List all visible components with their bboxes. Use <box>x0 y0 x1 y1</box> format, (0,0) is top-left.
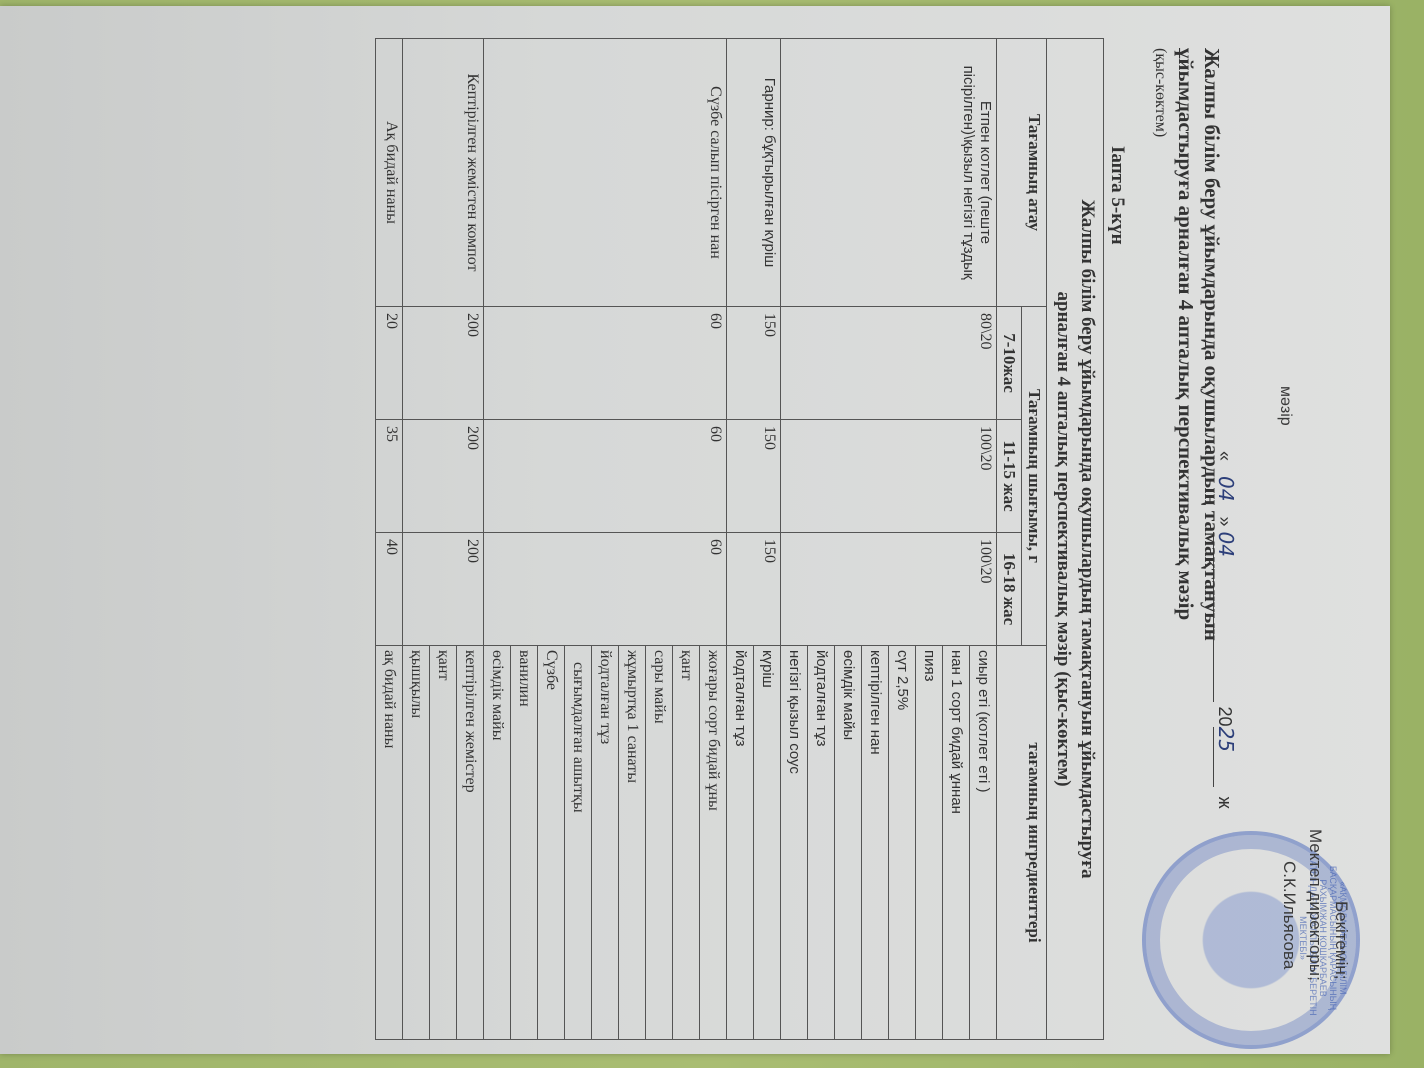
ingredient-item: сары майы <box>645 646 672 1039</box>
header-age-16-18: 16-18 жас <box>997 533 1022 646</box>
table-caption-line-2: арналған 4 апталық перспективалық мәзір … <box>1051 43 1075 1035</box>
portion-value: 200 <box>403 307 484 420</box>
ingredient-item: қышқылы <box>403 646 429 1039</box>
table-caption-line-1: Жалпы білім беру ұйымдарында оқушылардың… <box>1075 43 1099 1035</box>
dish-name: Гарнир: бұқтырылған күріш <box>727 39 781 307</box>
ingredient-item: пияз <box>915 646 942 1039</box>
heading-line-1: Жалпы білім беру ұйымдарында оқушылардың… <box>1199 48 1225 768</box>
ingredient-item: ванилин <box>510 646 537 1039</box>
ingredient-list: жоғары сорт бидай ұнықантсары майыжұмырт… <box>484 646 727 1040</box>
header-age-7-10: 7-10жас <box>997 307 1022 420</box>
table-row: Ақ бидай наны203540ақ бидай наны <box>376 39 403 1040</box>
portion-value: 200 <box>403 533 484 646</box>
ingredient-item: өсімдік майы <box>834 646 861 1039</box>
document-page: «АҚМОЛА ОБЛЫСЫ БІЛІМ БАСҚАРМАСЫНЫҢ ҚАРАС… <box>0 6 1390 1054</box>
portion-value: 60 <box>484 533 727 646</box>
ingredient-item: кептірілген нан <box>861 646 888 1039</box>
dish-name: Кептірілген жемістен компот <box>403 39 484 307</box>
portion-value: 100\20 <box>781 420 997 533</box>
portion-value: 100\20 <box>781 533 997 646</box>
portion-value: 60 <box>484 420 727 533</box>
ingredient-list: сиыр еті (котлет еті )нан 1 сорт бидай ұ… <box>781 646 997 1040</box>
ingredient-list: күрішйодталған тұз <box>727 646 781 1040</box>
ingredient-item: кептірілген жемістер <box>456 646 483 1039</box>
approval-block: Бекітемін; Мектеп директоры; С.К.Ильясов… <box>1276 751 1354 1051</box>
ingredient-list: ақ бидай наны <box>376 646 403 1040</box>
ingredient-item: өсімдік майы <box>484 646 510 1039</box>
table-row: Етпен котлет (пеште пісірілген)\қызыл не… <box>781 39 997 1040</box>
portion-value: 35 <box>376 420 403 533</box>
header-dish-name: Тағамның атау <box>997 39 1047 307</box>
header-portion: Тағамның шығымы, г <box>1022 307 1047 646</box>
ingredient-item: йодталған тұз <box>727 646 753 1039</box>
portion-value: 200 <box>403 420 484 533</box>
ingredient-item: қант <box>672 646 699 1039</box>
ingredient-item: ақ бидай наны <box>376 646 402 1039</box>
menu-title: мәзір <box>1276 386 1294 426</box>
portion-value: 150 <box>727 533 781 646</box>
ingredient-item: жұмыртқа 1 санаты <box>618 646 645 1039</box>
heading-season: (қыс-көктем) <box>1147 48 1173 768</box>
week-day-label: Іапта 5-күн <box>1106 146 1128 245</box>
portion-value: 150 <box>727 307 781 420</box>
approval-line-name: С.К.Ильясова <box>1276 751 1302 1051</box>
table-row: Кептірілген жемістен компот200200200кепт… <box>403 39 484 1040</box>
portion-value: 40 <box>376 533 403 646</box>
header-age-11-15: 11-15 жас <box>997 420 1022 533</box>
ingredient-item: йодталған тұз <box>807 646 834 1039</box>
document-heading: Жалпы білім беру ұйымдарында оқушылардың… <box>1147 48 1225 768</box>
ingredient-item: күріш <box>753 646 780 1039</box>
ingredient-item: нан 1 сорт бидай ұннан <box>942 646 969 1039</box>
portion-value: 80\20 <box>781 307 997 420</box>
portion-value: 20 <box>376 307 403 420</box>
table-row: Сүзбе салып пісірген нан606060жоғары сор… <box>484 39 727 1040</box>
table-caption: Жалпы білім беру ұйымдарында оқушылардың… <box>1047 39 1104 1040</box>
approval-line-position: Мектеп директоры; <box>1302 751 1328 1051</box>
ingredient-item: йодталған тұз <box>591 646 618 1039</box>
ingredient-item: негізгі қызыл соус <box>781 646 807 1039</box>
ingredient-item: сүт 2,5% <box>888 646 915 1039</box>
ingredient-list: кептірілген жемістерқантқышқылы <box>403 646 484 1040</box>
approval-line-approve: Бекітемін; <box>1328 751 1354 1051</box>
portion-value: 60 <box>484 307 727 420</box>
menu-table: Жалпы білім беру ұйымдарында оқушылардың… <box>375 38 1104 1040</box>
dish-name: Сүзбе салып пісірген нан <box>484 39 727 307</box>
dish-name: Етпен котлет (пеште пісірілген)\қызыл не… <box>781 39 997 307</box>
ingredient-item: сығымдалған ашытқы <box>564 646 591 1039</box>
menu-rows: Етпен котлет (пеште пісірілген)\қызыл не… <box>376 39 997 1040</box>
date-year-unit: ж <box>1215 797 1235 809</box>
table-row: Гарнир: бұқтырылған күріш150150150күрішй… <box>727 39 781 1040</box>
ingredient-item: сиыр еті (котлет еті ) <box>969 646 996 1039</box>
ingredient-item: қант <box>429 646 456 1039</box>
ingredient-item: Сүзбе <box>537 646 564 1039</box>
paper-sheet: «АҚМОЛА ОБЛЫСЫ БІЛІМ БАСҚАРМАСЫНЫҢ ҚАРАС… <box>0 6 1390 1054</box>
header-ingredients: тағамның ингредиенттері <box>997 646 1047 1040</box>
portion-value: 150 <box>727 420 781 533</box>
dish-name: Ақ бидай наны <box>376 39 403 307</box>
ingredient-item: жоғары сорт бидай ұны <box>699 646 726 1039</box>
heading-line-2: ұйымдастыруға арналған 4 апталық перспек… <box>1173 48 1199 768</box>
